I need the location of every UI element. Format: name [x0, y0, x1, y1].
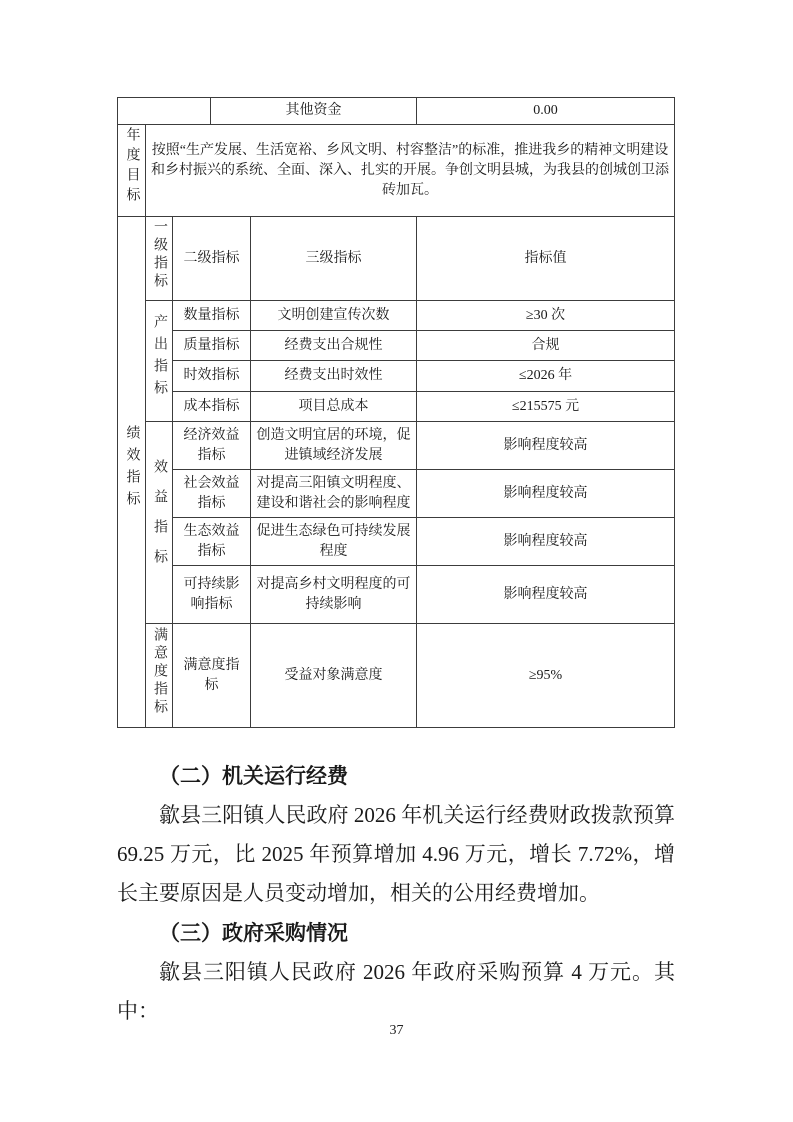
perf-side-header-label: 绩效指标	[125, 425, 139, 513]
body-sections: （二）机关运行经费 歙县三阳镇人民政府 2026 年机关运行经费财政拨款预算 6…	[117, 756, 675, 1031]
group-header-cell: 产出指标	[146, 301, 173, 422]
value-cell: 合规	[417, 331, 675, 361]
l3-cell: 项目总成本	[251, 392, 417, 422]
l3-cell: 经费支出时效性	[251, 361, 417, 392]
value-cell: 影响程度较高	[417, 470, 675, 518]
group-header-cell: 效益指标	[146, 422, 173, 624]
l2-header-cell: 二级指标	[173, 217, 251, 301]
value-cell: 影响程度较高	[417, 518, 675, 566]
l2-cell: 数量指标	[173, 301, 251, 331]
l1-header-label: 一级指标	[152, 219, 166, 291]
performance-table: 其他资金 0.00 年度目标 按照“生产发展、生活宽裕、乡风文明、村容整洁”的标…	[117, 97, 675, 728]
perf-side-header-cell: 绩效指标	[118, 217, 146, 728]
annual-goal-table: 年度目标 按照“生产发展、生活宽裕、乡风文明、村容整洁”的标准，推进我乡的精神文…	[117, 124, 675, 217]
l3-cell: 受益对象满意度	[251, 624, 417, 728]
l2-cell: 质量指标	[173, 331, 251, 361]
group-header-cell: 满意度指标	[146, 624, 173, 728]
l3-cell: 经费支出合规性	[251, 331, 417, 361]
section-heading-operating-funds: （二）机关运行经费	[117, 756, 675, 796]
group-header-label: 产出指标	[152, 314, 166, 402]
value-cell: ≤215575 元	[417, 392, 675, 422]
annual-goal-header-cell: 年度目标	[118, 125, 146, 217]
page-number: 37	[0, 1023, 793, 1039]
table-row: 年度目标 按照“生产发展、生活宽裕、乡风文明、村容整洁”的标准，推进我乡的精神文…	[118, 125, 675, 217]
value-cell: ≥30 次	[417, 301, 675, 331]
value-header-cell: 指标值	[417, 217, 675, 301]
value-cell: 影响程度较高	[417, 422, 675, 470]
value-cell: 影响程度较高	[417, 566, 675, 624]
annual-goal-header-label: 年度目标	[125, 127, 139, 207]
table-row: 社会效益指标 对提高三阳镇文明程度、建设和谐社会的影响程度 影响程度较高	[118, 470, 675, 518]
carryover-row-table: 其他资金 0.00	[117, 97, 675, 125]
annual-goal-text-cell: 按照“生产发展、生活宽裕、乡风文明、村容整洁”的标准，推进我乡的精神文明建设和乡…	[146, 125, 675, 217]
section-heading-procurement: （三）政府采购情况	[117, 913, 675, 953]
table-row: 时效指标 经费支出时效性 ≤2026 年	[118, 361, 675, 392]
l2-cell: 时效指标	[173, 361, 251, 392]
table-row: 可持续影响指标 对提高乡村文明程度的可持续影响 影响程度较高	[118, 566, 675, 624]
table-row: 成本指标 项目总成本 ≤215575 元	[118, 392, 675, 422]
l2-cell: 满意度指标	[173, 624, 251, 728]
l2-cell: 经济效益指标	[173, 422, 251, 470]
indicator-header-row: 绩效指标 一级指标 二级指标 三级指标 指标值	[118, 217, 675, 301]
empty-cell	[118, 98, 211, 125]
indicator-grid-table: 绩效指标 一级指标 二级指标 三级指标 指标值 产出指标 数量指标 文明创建宣传…	[117, 216, 675, 728]
value-cell: ≤2026 年	[417, 361, 675, 392]
l3-header-cell: 三级指标	[251, 217, 417, 301]
document-page: 其他资金 0.00 年度目标 按照“生产发展、生活宽裕、乡风文明、村容整洁”的标…	[0, 0, 793, 1122]
l3-cell: 创造文明宜居的环境，促进镇域经济发展	[251, 422, 417, 470]
group-header-label: 满意度指标	[152, 627, 166, 717]
section-paragraph-procurement: 歙县三阳镇人民政府 2026 年政府采购预算 4 万元。其中：	[117, 953, 675, 1031]
carryover-value-cell: 0.00	[417, 98, 675, 125]
table-row: 满意度指标 满意度指标 受益对象满意度 ≥95%	[118, 624, 675, 728]
l3-cell: 对提高乡村文明程度的可持续影响	[251, 566, 417, 624]
table-row: 质量指标 经费支出合规性 合规	[118, 331, 675, 361]
table-row: 生态效益指标 促进生态绿色可持续发展程度 影响程度较高	[118, 518, 675, 566]
l1-header-cell: 一级指标	[146, 217, 173, 301]
table-row: 其他资金 0.00	[118, 98, 675, 125]
carryover-label-cell: 其他资金	[211, 98, 417, 125]
l3-cell: 文明创建宣传次数	[251, 301, 417, 331]
l2-cell: 社会效益指标	[173, 470, 251, 518]
l2-cell: 生态效益指标	[173, 518, 251, 566]
group-header-label: 效益指标	[152, 459, 166, 579]
value-cell: ≥95%	[417, 624, 675, 728]
table-row: 效益指标 经济效益指标 创造文明宜居的环境，促进镇域经济发展 影响程度较高	[118, 422, 675, 470]
l3-cell: 对提高三阳镇文明程度、建设和谐社会的影响程度	[251, 470, 417, 518]
l2-cell: 可持续影响指标	[173, 566, 251, 624]
table-row: 产出指标 数量指标 文明创建宣传次数 ≥30 次	[118, 301, 675, 331]
section-paragraph-operating-funds: 歙县三阳镇人民政府 2026 年机关运行经费财政拨款预算 69.25 万元，比 …	[117, 796, 675, 913]
l2-cell: 成本指标	[173, 392, 251, 422]
l3-cell: 促进生态绿色可持续发展程度	[251, 518, 417, 566]
